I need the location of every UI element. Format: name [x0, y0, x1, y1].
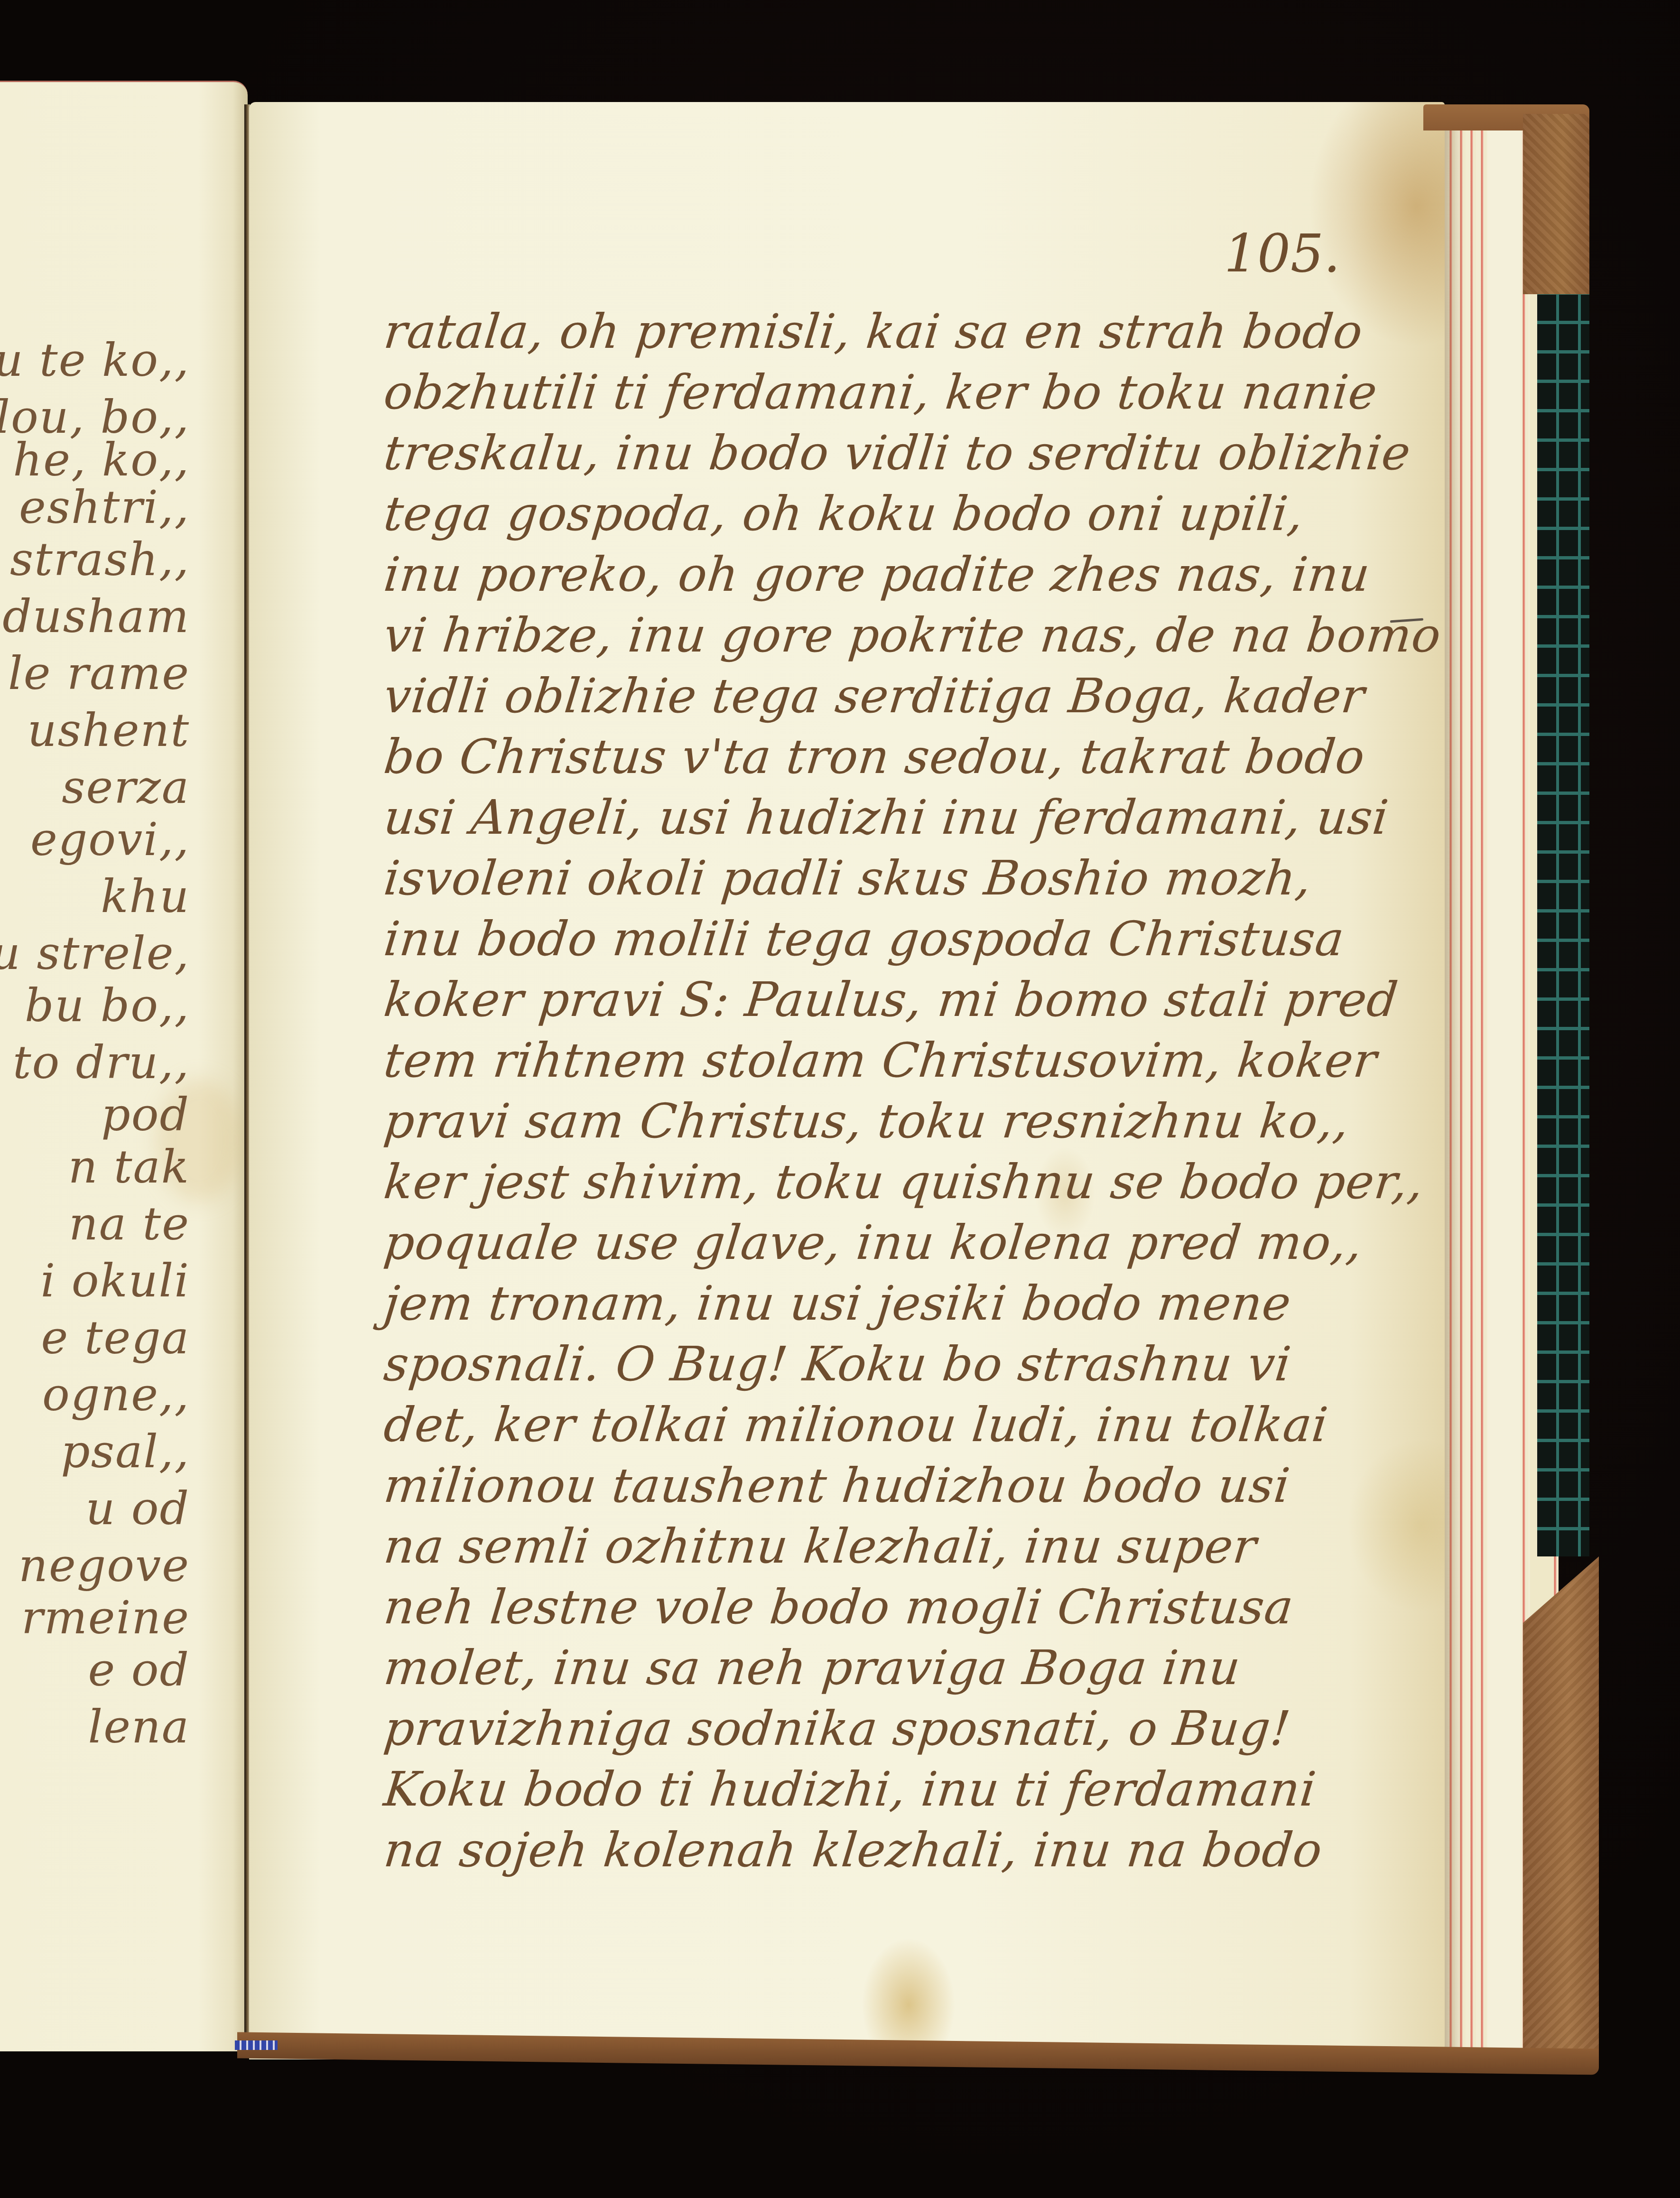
left-line: bu bo,, [25, 979, 190, 1032]
manuscript-line: obzhutili ti ferdamani, ker bo toku nani… [381, 364, 1380, 420]
left-line: u od [85, 1482, 190, 1535]
manuscript-line: ker jest shivim, toku quishnu se bodo pe… [381, 1154, 1427, 1210]
manuscript-line: tega gospoda, oh koku bodo oni upili, [381, 486, 1307, 541]
manuscript-line: treskalu, inu bodo vidli to serditu obli… [381, 425, 1413, 481]
manuscript-line: vidli oblizhie tega serditiga Boga, kade… [381, 668, 1368, 724]
left-line: serza [62, 761, 190, 814]
left-line: e od [88, 1643, 190, 1696]
manuscript-line: isvoleni okoli padli skus Boshio mozh, [381, 850, 1315, 906]
left-line: n tak [68, 1140, 190, 1193]
leather-cover-corner-bottom [1523, 1556, 1599, 2059]
left-line: u te ko,, [0, 334, 190, 387]
manuscript-line: koker pravi S: Paulus, mi bomo stali pre… [381, 972, 1401, 1027]
manuscript-line: inu bodo molili tega gospoda Christusa [381, 911, 1347, 967]
left-line: khu [101, 870, 190, 923]
left-line: psal,, [61, 1425, 190, 1478]
left-line: rmeine [21, 1591, 190, 1644]
leather-cover-corner-top [1523, 114, 1589, 294]
manuscript-line: milionou taushent hudizhou bodo usi [381, 1458, 1293, 1513]
left-line: e tega [41, 1311, 190, 1364]
manuscript-line: molet, inu sa neh praviga Boga inu [381, 1640, 1244, 1695]
manuscript-line: poquale use glave, inu kolena pred mo,, [381, 1215, 1365, 1270]
edge-shadow [1445, 126, 1464, 2055]
manuscript-line: det, ker tolkai milionou ludi, inu tolka… [381, 1397, 1331, 1453]
left-line: le rame [8, 647, 190, 700]
left-line: u strele, [0, 927, 190, 980]
left-line: na te [69, 1197, 190, 1250]
manuscript-line: bo Christus v'ta tron sedou, takrat bodo [381, 729, 1368, 784]
left-line: to dru,, [13, 1036, 190, 1089]
left-line: dusham [2, 590, 190, 643]
manuscript-line: neh lestne vole bodo mogli Christusa [381, 1579, 1296, 1635]
manuscript-line: jem tronam, inu usi jesiki bodo mene [381, 1276, 1294, 1331]
marbled-cover-board [1537, 294, 1589, 1556]
left-line: eshtri,, [19, 481, 190, 534]
page-number: 105. [1224, 223, 1340, 284]
manuscript-line: na sojeh kolenah klezhali, inu na bodo [381, 1822, 1325, 1878]
manuscript-line: ratala, oh premisli, kai sa en strah bod… [381, 304, 1365, 359]
manuscript-line: pravizhniga sodnika sposnati, o Bug! [381, 1701, 1293, 1756]
loose-leaf [1487, 126, 1521, 2055]
left-line: ogne,, [42, 1368, 190, 1421]
manuscript-line: na semli ozhitnu klezhali, inu super [381, 1518, 1260, 1574]
left-page: u te ko,, elou, bo,, he, ko,, eshtri,, s… [0, 81, 248, 2051]
headband [235, 2040, 278, 2050]
left-line: negove [19, 1539, 190, 1592]
left-line: ushent [28, 704, 190, 757]
left-line: lena [88, 1700, 190, 1753]
left-line: i okuli [41, 1254, 190, 1307]
manuscript-line: sposnali. O Bug! Koku bo strashnu vi [381, 1336, 1294, 1392]
manuscript-line: vi hribze, inu gore pokrite nas, de na b… [381, 607, 1444, 663]
manuscript-line: usi Angeli, usi hudizhi inu ferdamani, u… [381, 790, 1392, 845]
manuscript-line: Koku bodo ti hudizhi, inu ti ferdamani [381, 1761, 1319, 1817]
manuscript-line: tem rihtnem stolam Christusovim, koker [381, 1033, 1380, 1088]
manuscript-line: pravi sam Christus, toku resnizhnu ko,, [381, 1093, 1352, 1149]
left-line: pod [101, 1088, 190, 1141]
left-line: strash,, [10, 533, 190, 586]
left-line: egovi,, [30, 813, 190, 866]
manuscript-line: inu poreko, oh gore padite zhes nas, inu [381, 547, 1373, 602]
left-line: he, ko,, [13, 433, 190, 486]
